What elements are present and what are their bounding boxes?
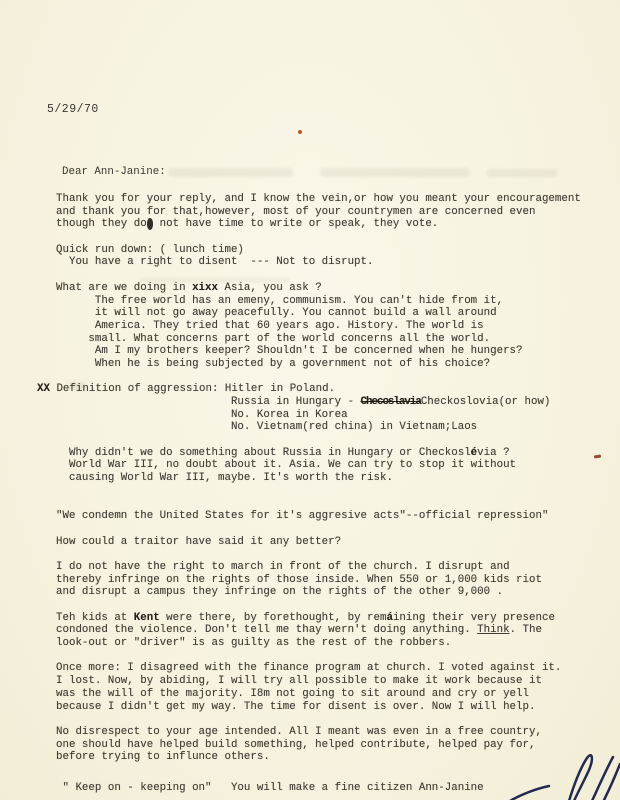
letter-text-segment: No. Vietnam(red china) in Vietnam;Laos <box>56 421 477 433</box>
letter-text-segment: Once more: I disagreed with the finance … <box>56 662 561 674</box>
letter-text-segment: and thank you for that,however, most of … <box>56 206 535 218</box>
letter-line: XX Definition of aggression: Hitler in P… <box>37 383 610 396</box>
letter-line: Thank you for your reply, and I know the… <box>56 193 610 206</box>
letter-text-segment: Asia, you ask ? <box>218 282 322 294</box>
letter-line: thereby infringe on the rights of those … <box>56 574 610 587</box>
letter-text-segment: before trying to influnce others. <box>56 751 270 763</box>
letter-text-segment: "We condemn the United States for it's a… <box>56 510 548 522</box>
letter-text-segment: was the will of the majority. I8m not go… <box>56 688 529 700</box>
red-ink-dot <box>298 130 302 134</box>
letter-text-segment: World War III, no doubt about it. Asia. … <box>56 459 516 471</box>
letter-line: Russia in Hungary - ChecoslaviaCheckoslo… <box>56 396 610 409</box>
letter-line: Once more: I disagreed with the finance … <box>56 662 610 675</box>
letter-text-segment: No. Korea in Korea <box>56 409 348 421</box>
letter-line <box>56 498 610 511</box>
paper-page: 5/29/70 Dear Ann-Janine: Thank you for y… <box>0 0 620 800</box>
letter-text-segment: I lost. Now, by abiding, I will try all … <box>56 675 542 687</box>
letter-line: Teh kids at Kent were there, by forethou… <box>56 612 610 625</box>
letter-line: Am I my brothers keeper? Shouldn't I be … <box>56 345 610 358</box>
letter-body: Thank you for your reply, and I know the… <box>56 193 610 795</box>
letter-text-segment: No disrespect to your age intended. All … <box>56 726 542 738</box>
letter-text-segment: it will not go away peacefully. You cann… <box>56 307 497 319</box>
letter-line: was the will of the majority. I8m not go… <box>56 688 610 701</box>
letter-line: I do not have the right to march in fron… <box>56 561 610 574</box>
letter-text-segment: Am I my brothers keeper? Shouldn't I be … <box>56 345 523 357</box>
letter-line: causing World War III, maybe. It's worth… <box>56 472 610 485</box>
letter-text-segment: Teh kids at <box>56 612 134 624</box>
letter-line: because I didn't get my way. The time fo… <box>56 701 610 714</box>
letter-text-segment: condoned the violence. Don't tell me tha… <box>56 624 477 636</box>
letter-line: No. Vietnam(red china) in Vietnam;Laos <box>56 421 610 434</box>
letter-text-segment: via ? <box>477 447 509 459</box>
letter-text-segment: Why didn't we do something about Russia … <box>56 447 471 459</box>
letter-line: World War III, no doubt about it. Asia. … <box>56 459 610 472</box>
letter-text-segment: causing World War III, maybe. It's worth… <box>56 472 393 484</box>
letter-line: and thank you for that,however, most of … <box>56 206 610 219</box>
letter-line: though they doo not have time to write o… <box>56 218 610 231</box>
letter-line <box>56 713 610 726</box>
letter-text-segment: though they do <box>56 218 147 230</box>
letter-text-segment: were there, by forethought, by rem <box>160 612 387 624</box>
erased-text-smudge <box>486 169 558 177</box>
signature-ink <box>470 748 620 800</box>
erased-text-smudge <box>168 168 293 177</box>
letter-text-segment: " Keep on - keeping on" You will make a … <box>56 782 484 794</box>
letter-line: condoned the violence. Don't tell me tha… <box>56 624 610 637</box>
letter-line: How could a traitor have said it any bet… <box>56 536 610 549</box>
letter-text-segment: Checoslavia <box>361 396 421 408</box>
letter-line: No. Korea in Korea <box>56 409 610 422</box>
letter-line <box>56 231 610 244</box>
letter-text-segment: small. What concerns part of the world c… <box>56 333 490 345</box>
letter-line: No disrespect to your age intended. All … <box>56 726 610 739</box>
letter-text-segment: look-out or "driver" is as guilty as the… <box>56 637 451 649</box>
letter-line: When he is being subjected by a governme… <box>56 358 610 371</box>
letter-text-segment: ining their very presence <box>393 612 555 624</box>
letter-text-segment: What are we doing in <box>56 282 192 294</box>
letter-line: I lost. Now, by abiding, I will try all … <box>56 675 610 688</box>
letter-text-segment: not have time to write or speak, they vo… <box>153 218 438 230</box>
letter-line: Quick run down: ( lunch time) <box>56 244 610 257</box>
letter-text-segment: and disrupt a campus they infringe on th… <box>56 586 503 598</box>
letter-text-segment: because I didn't get my way. The time fo… <box>56 701 535 713</box>
letter-text-segment: Thank you for your reply, and I know the… <box>56 193 581 205</box>
letter-date: 5/29/70 <box>47 103 99 116</box>
letter-line: small. What concerns part of the world c… <box>56 333 610 346</box>
letter-text-segment: Kent <box>134 612 160 624</box>
letter-line: and disrupt a campus they infringe on th… <box>56 586 610 599</box>
letter-line <box>56 434 610 447</box>
letter-line <box>56 523 610 536</box>
letter-text-segment: When he is being subjected by a governme… <box>56 358 490 370</box>
letter-text-segment: You have a right to disent --- Not to di… <box>56 256 373 268</box>
letter-text-segment: How could a traitor have said it any bet… <box>56 536 341 548</box>
letter-line: Why didn't we do something about Russia … <box>56 447 610 460</box>
letter-text-segment: The free world has an emeny, communism. … <box>56 295 503 307</box>
letter-text-segment: Think <box>477 624 509 636</box>
letter-line: What are we doing in xixx Asia, you ask … <box>56 282 610 295</box>
letter-line: America. They tried that 60 years ago. H… <box>56 320 610 333</box>
letter-text-segment: xixx <box>192 282 218 294</box>
letter-line <box>56 650 610 663</box>
signature-ink-strokes <box>470 748 620 800</box>
letter-text-segment: . The <box>510 624 542 636</box>
letter-text-segment: one should have helped build something, … <box>56 739 535 751</box>
letter-line: it will not go away peacefully. You cann… <box>56 307 610 320</box>
letter-text-segment: Russia in Hungary - <box>56 396 361 408</box>
letter-salutation: Dear Ann-Janine: <box>62 166 166 178</box>
letter-line: The free world has an emeny, communism. … <box>56 295 610 308</box>
letter-line <box>56 371 610 384</box>
letter-text-segment: thereby infringe on the rights of those … <box>56 574 542 586</box>
letter-line: look-out or "driver" is as guilty as the… <box>56 637 610 650</box>
letter-line <box>56 599 610 612</box>
letter-line <box>56 485 610 498</box>
letter-line: "We condemn the United States for it's a… <box>56 510 610 523</box>
letter-text-segment: Quick run down: ( lunch time) <box>56 244 244 256</box>
letter-text-segment: Checkoslovia(or how) <box>421 396 551 408</box>
letter-text-segment: Definition of aggression: Hitler in Pola… <box>50 383 335 395</box>
letter-text-segment: I do not have the right to march in fron… <box>56 561 510 573</box>
letter-line <box>56 548 610 561</box>
letter-line <box>56 269 610 282</box>
erased-text-smudge <box>320 168 470 177</box>
letter-line: You have a right to disent --- Not to di… <box>56 256 610 269</box>
letter-text-segment: America. They tried that 60 years ago. H… <box>56 320 484 332</box>
letter-text-segment: XX <box>37 383 50 395</box>
